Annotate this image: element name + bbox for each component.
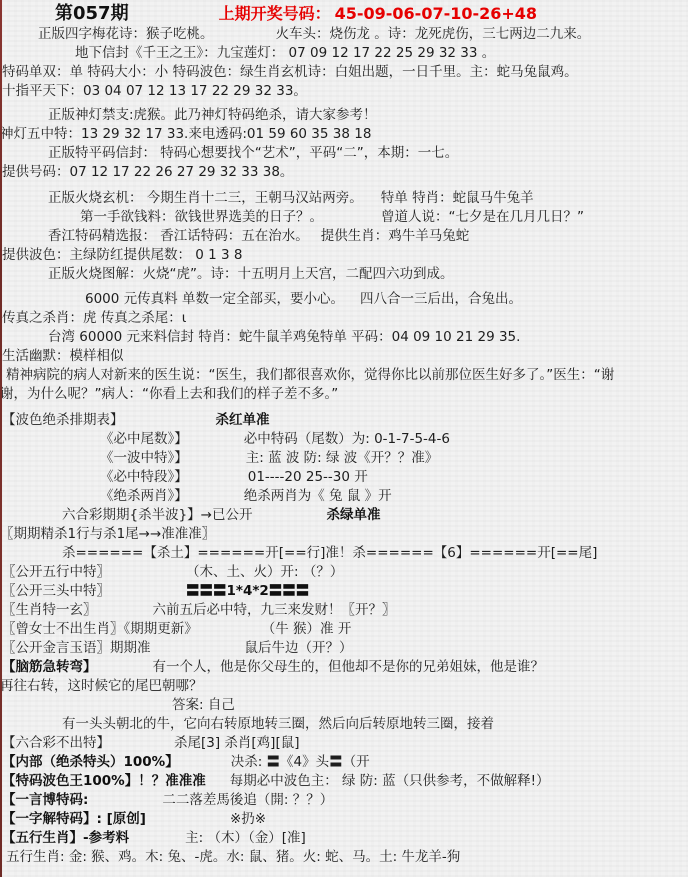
text-segment: 生活幽默：模样相似 bbox=[2, 347, 124, 366]
text-line: 〖曾女士不出生肖〗《期期更新》（牛 猴）准 开 bbox=[0, 620, 688, 639]
text-segment: 香江特码精选报： 香江话特码：五在治水。 bbox=[48, 227, 309, 246]
text-segment: 【脑筋急转弯】 bbox=[2, 658, 97, 677]
text-line: 神灯五中特：13 29 32 17 33.来电透码:01 59 60 35 38… bbox=[0, 125, 688, 144]
text-segment: 【波色绝杀排期表】 bbox=[2, 411, 124, 430]
text-segment: 正版四字梅花诗：猴子吃桃。 bbox=[38, 25, 214, 44]
text-line: 〖期期精杀1行与杀1尾→→准准准〗 bbox=[0, 525, 688, 544]
text-segment: 第一手欲钱料：欲钱世界选美的日子？。 bbox=[80, 208, 323, 227]
text-segment: 精神病院的病人对新来的医生说：“医生，我们都很喜欢你，觉得你比以前那位医生好多了… bbox=[6, 366, 614, 385]
text-segment: 杀绿单准 bbox=[327, 506, 381, 525]
text-segment: 有一个人，他是你父母生的，但他却不是你的兄弟姐妹，他是谁？ bbox=[153, 658, 545, 677]
text-segment: （木、土、火）开: （？） bbox=[186, 563, 343, 582]
last-draw-numbers: 45-09-06-07-10-26+48 bbox=[335, 4, 537, 23]
text-segment: 主: 蓝 波 防: 绿 波《开？？准》 bbox=[246, 449, 439, 468]
text-segment: （牛 猴）准 开 bbox=[262, 620, 352, 639]
last-draw-label: 上期开奖号码： bbox=[219, 4, 331, 23]
text-segment: 再往右转，这时候它的尾巴朝哪？ bbox=[0, 677, 203, 696]
text-segment: 主: （木）（金）[准] bbox=[185, 829, 306, 848]
text-line: 〖公开三头中特〗〓〓〓1*4*2〓〓〓 bbox=[0, 582, 688, 601]
text-line: 特码单双：单 特码大小：小 特码波色：绿生肖玄机诗：白姐出题，一日千里。主：蛇马… bbox=[0, 63, 688, 82]
text-line: 【内部（绝杀特头）100%】决杀: 〓《4》头〓（开 bbox=[0, 753, 688, 772]
text-line: 精神病院的病人对新来的医生说：“医生，我们都很喜欢你，觉得你比以前那位医生好多了… bbox=[0, 366, 688, 385]
text-segment: 提供号码：07 12 17 22 26 27 29 32 33 38。 bbox=[2, 163, 293, 182]
text-segment: 特单 特肖：蛇鼠马牛兔羊 bbox=[381, 189, 534, 208]
issue-number: 第057期 bbox=[55, 3, 129, 24]
text-line: 【一言博特码:二二落差馬後追（開: ？？） bbox=[0, 791, 688, 810]
text-segment: 《绝杀两肖》】 bbox=[100, 487, 188, 506]
text-line: 香江特码精选报： 香江话特码：五在治水。提供生肖：鸡牛羊马兔蛇 bbox=[0, 227, 688, 246]
text-segment: 地下信封《千王之王》：九宝莲灯： 07 09 12 17 22 25 29 32… bbox=[75, 44, 495, 63]
text-segment: 火车头：烧伤龙 。诗：龙死虎伤，三七两边二九来。 bbox=[276, 25, 591, 44]
text-segment: 〖公开五行中特〗 bbox=[2, 563, 110, 582]
text-line: 五行生肖: 金: 猴、鸡。木: 兔、-虎。水: 鼠、猪。火: 蛇、马。土: 牛龙… bbox=[0, 848, 688, 867]
text-line: 正版神灯禁支:虎猴。此乃神灯特码绝杀，请大家参考！ bbox=[0, 106, 688, 125]
text-segment: 四八合一三后出，合兔出。 bbox=[360, 290, 522, 309]
text-line: 正版特平码信封： 特码心想要找个“艺术”，平码“二”，本期：一七。 bbox=[0, 144, 688, 163]
text-segment: 〖公开金言玉语〗期期准 bbox=[2, 639, 151, 658]
text-segment: 鼠后牛边（开？） bbox=[245, 639, 353, 658]
text-line: 〖公开金言玉语〗期期准鼠后牛边（开？） bbox=[0, 639, 688, 658]
text-segment: 【特码波色王100%】！？准准准 bbox=[2, 772, 206, 791]
text-line: 提供号码：07 12 17 22 26 27 29 32 33 38。 bbox=[0, 163, 688, 182]
text-segment: 台湾 60000 元来料信封 特肖：蛇牛鼠羊鸡兔特单 平码：04 09 10 2… bbox=[48, 328, 520, 347]
text-segment: 〖曾女士不出生肖〗《期期更新》 bbox=[2, 620, 198, 639]
text-line: 【一字解特码】: [原创]※扔※ bbox=[0, 810, 688, 829]
text-segment: 《必中尾数》】 bbox=[100, 430, 188, 449]
text-segment: 【六合彩不出特】 bbox=[2, 734, 110, 753]
text-line: 十指平天下：03 04 07 12 13 17 22 29 32 33。 bbox=[0, 82, 688, 101]
text-line: 【五行生肖】-参考料主: （木）（金）[准] bbox=[0, 829, 688, 848]
content-lines: 正版四字梅花诗：猴子吃桃。火车头：烧伤龙 。诗：龙死虎伤，三七两边二九来。地下信… bbox=[0, 25, 688, 867]
text-segment: 神灯五中特：13 29 32 17 33.来电透码:01 59 60 35 38… bbox=[0, 125, 371, 144]
text-line: 再往右转，这时候它的尾巴朝哪？ bbox=[0, 677, 688, 696]
text-line: 第一手欲钱料：欲钱世界选美的日子？。曾道人说：“七夕是在几月几日？” bbox=[0, 208, 688, 227]
text-segment: 正版神灯禁支:虎猴。此乃神灯特码绝杀，请大家参考！ bbox=[48, 106, 377, 125]
text-segment: 六前五后必中特，九三来发财！〖开？〗 bbox=[153, 601, 396, 620]
text-line: 【脑筋急转弯】有一个人，他是你父母生的，但他却不是你的兄弟姐妹，他是谁？ bbox=[0, 658, 688, 677]
text-line: 【特码波色王100%】！？准准准每期必中波色主： 绿 防: 蓝（只供参考，不做解… bbox=[0, 772, 688, 791]
sheet-header: 第057期 上期开奖号码：45-09-06-07-10-26+48 bbox=[55, 3, 688, 24]
text-segment: 《一波中特》】 bbox=[100, 449, 188, 468]
text-segment: 杀尾[3] 杀肖[鸡][鼠] bbox=[174, 734, 299, 753]
text-segment: 二二落差馬後追（開: ？？） bbox=[162, 791, 333, 810]
text-line: 正版火烧玄机： 今期生肖十二三，王朝马汉站两旁。特单 特肖：蛇鼠马牛兔羊 bbox=[0, 189, 688, 208]
text-segment: ※扔※ bbox=[230, 810, 266, 829]
text-segment: 特码单双：单 特码大小：小 特码波色：绿生肖玄机诗：白姐出题，一日千里。主：蛇马… bbox=[2, 63, 578, 82]
text-line: 正版火烧图解：火烧“虎”。诗：十五明月上天宫，二配四六功到成。 bbox=[0, 265, 688, 284]
text-segment: 六合彩期期{杀半波}】→已公开 bbox=[62, 506, 253, 525]
lottery-tip-sheet: 第057期 上期开奖号码：45-09-06-07-10-26+48 正版四字梅花… bbox=[0, 0, 688, 877]
text-line: 〖生肖特一玄〗六前五后必中特，九三来发财！〖开？〗 bbox=[0, 601, 688, 620]
text-line: 杀======【杀土】======开[==行]准！杀======【6】=====… bbox=[0, 544, 688, 563]
text-segment: 正版火烧玄机： 今期生肖十二三，王朝马汉站两旁。 bbox=[48, 189, 363, 208]
text-line: 【六合彩不出特】杀尾[3] 杀肖[鸡][鼠] bbox=[0, 734, 688, 753]
text-line: 〖公开五行中特〗（木、土、火）开: （？） bbox=[0, 563, 688, 582]
text-line: 地下信封《千王之王》：九宝莲灯： 07 09 12 17 22 25 29 32… bbox=[0, 44, 688, 63]
text-segment: 曾道人说：“七夕是在几月几日？” bbox=[381, 208, 584, 227]
text-segment: 6000 元传真料 单数一定全部买，要小心。 bbox=[85, 290, 344, 309]
text-segment: 〖期期精杀1行与杀1尾→→准准准〗 bbox=[0, 525, 215, 544]
text-segment: 杀======【杀土】======开[==行]准！杀======【6】=====… bbox=[62, 544, 597, 563]
text-segment: 【五行生肖】-参考料 bbox=[2, 829, 129, 848]
text-segment: 〖公开三头中特〗 bbox=[2, 582, 110, 601]
text-segment: 谢，为什么呢？”病人：“你看上去和我们的样子差不多。” bbox=[0, 385, 338, 404]
text-segment: 有一头头朝北的牛，它向右转原地转三圈，然后向后转原地转三圈，接着 bbox=[62, 715, 494, 734]
text-segment: 【一字解特码】: [原创] bbox=[2, 810, 146, 829]
text-line: 《必中尾数》】必中特码（尾数）为: 0-1-7-5-4-6 bbox=[0, 430, 688, 449]
text-line: 正版四字梅花诗：猴子吃桃。火车头：烧伤龙 。诗：龙死虎伤，三七两边二九来。 bbox=[0, 25, 688, 44]
text-segment: 十指平天下：03 04 07 12 13 17 22 29 32 33。 bbox=[2, 82, 307, 101]
text-segment: 正版特平码信封： 特码心想要找个“艺术”，平码“二”，本期：一七。 bbox=[48, 144, 458, 163]
text-segment: 正版火烧图解：火烧“虎”。诗：十五明月上天宫，二配四六功到成。 bbox=[48, 265, 454, 284]
text-line: 提供波色：主绿防红提供尾数： 0 1 3 8 bbox=[0, 246, 688, 265]
text-segment: 提供生肖：鸡牛羊马兔蛇 bbox=[321, 227, 470, 246]
text-segment: 答案: 自己 bbox=[172, 696, 235, 715]
text-segment: 〖生肖特一玄〗 bbox=[2, 601, 97, 620]
text-segment: 杀红单准 bbox=[216, 411, 270, 430]
text-segment: 01----20 25--30 开 bbox=[248, 468, 368, 487]
text-line: 《必中特段》】01----20 25--30 开 bbox=[0, 468, 688, 487]
text-line: 传真之杀肖：虎 传真之杀尾：ι bbox=[0, 309, 688, 328]
text-line: 有一头头朝北的牛，它向右转原地转三圈，然后向后转原地转三圈，接着 bbox=[0, 715, 688, 734]
text-line: 《绝杀两肖》】绝杀两肖为《 兔 鼠 》开 bbox=[0, 487, 688, 506]
text-line: 【波色绝杀排期表】杀红单准 bbox=[0, 411, 688, 430]
text-segment: 传真之杀肖：虎 传真之杀尾：ι bbox=[2, 309, 186, 328]
text-line: 台湾 60000 元来料信封 特肖：蛇牛鼠羊鸡兔特单 平码：04 09 10 2… bbox=[0, 328, 688, 347]
text-segment: 〓〓〓1*4*2〓〓〓 bbox=[186, 582, 309, 601]
text-line: 6000 元传真料 单数一定全部买，要小心。四八合一三后出，合兔出。 bbox=[0, 290, 688, 309]
text-segment: 决杀: 〓《4》头〓（开 bbox=[231, 753, 370, 772]
text-line: 谢，为什么呢？”病人：“你看上去和我们的样子差不多。” bbox=[0, 385, 688, 404]
text-line: 六合彩期期{杀半波}】→已公开杀绿单准 bbox=[0, 506, 688, 525]
left-edge-stripe bbox=[0, 0, 2, 877]
text-line: 生活幽默：模样相似 bbox=[0, 347, 688, 366]
text-segment: 每期必中波色主： 绿 防: 蓝（只供参考，不做解释!） bbox=[230, 772, 550, 791]
text-segment: 【一言博特码: bbox=[2, 791, 88, 810]
text-segment: 绝杀两肖为《 兔 鼠 》开 bbox=[244, 487, 392, 506]
text-segment: 提供波色：主绿防红提供尾数： 0 1 3 8 bbox=[2, 246, 243, 265]
text-line: 答案: 自己 bbox=[0, 696, 688, 715]
text-segment: 【内部（绝杀特头）100%】 bbox=[2, 753, 179, 772]
text-segment: 必中特码（尾数）为: 0-1-7-5-4-6 bbox=[244, 430, 450, 449]
text-segment: 五行生肖: 金: 猴、鸡。木: 兔、-虎。水: 鼠、猪。火: 蛇、马。土: 牛龙… bbox=[6, 848, 460, 867]
text-line: 《一波中特》】主: 蓝 波 防: 绿 波《开？？准》 bbox=[0, 449, 688, 468]
text-segment: 《必中特段》】 bbox=[100, 468, 188, 487]
last-draw-result: 上期开奖号码：45-09-06-07-10-26+48 bbox=[219, 3, 537, 24]
